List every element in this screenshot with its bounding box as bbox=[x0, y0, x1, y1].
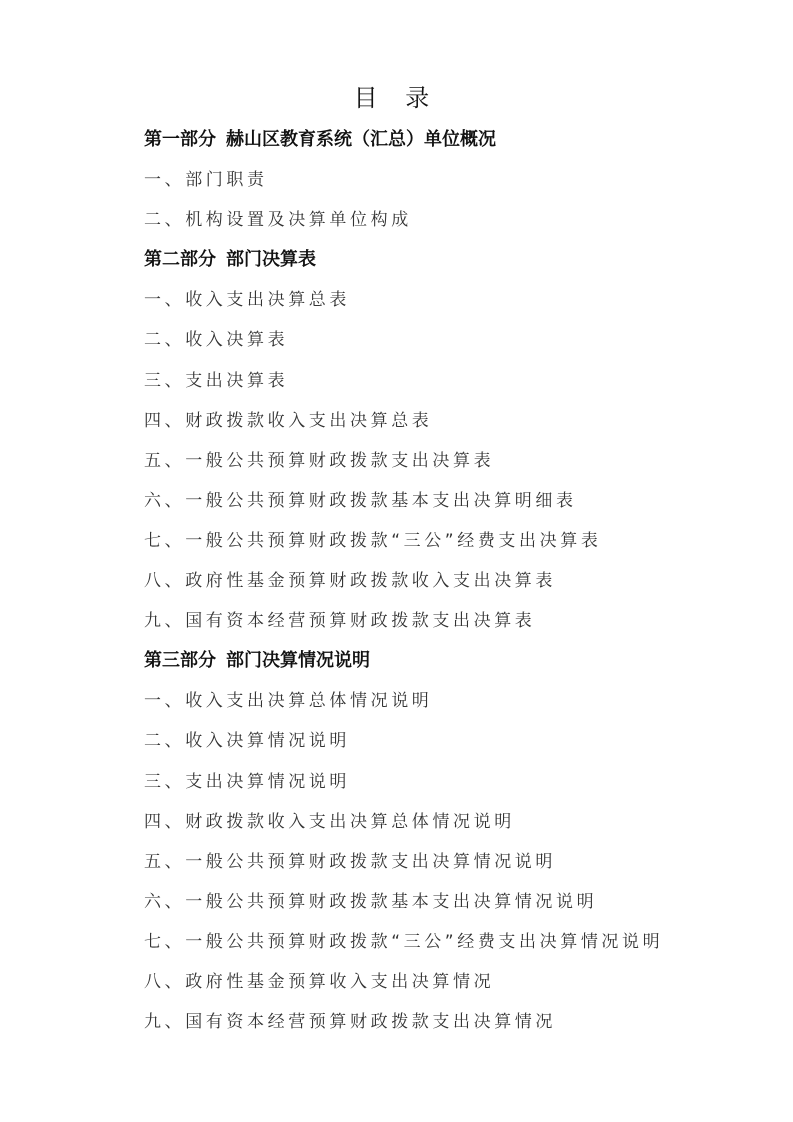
part-label: 第一部分 bbox=[144, 129, 216, 150]
part-1-heading[interactable]: 第一部分赫山区教育系统（汇总）单位概况 bbox=[144, 120, 663, 160]
part-3-heading[interactable]: 第三部分部门决算情况说明 bbox=[144, 641, 663, 681]
toc-entry[interactable]: 八、政府性基金预算财政拨款收入支出决算表 bbox=[144, 561, 663, 601]
toc-entry[interactable]: 一、收入支出决算总表 bbox=[144, 280, 663, 320]
part-label: 第三部分 bbox=[144, 650, 216, 671]
toc-entry[interactable]: 二、收入决算情况说明 bbox=[144, 721, 663, 761]
toc-entry[interactable]: 五、一般公共预算财政拨款支出决算表 bbox=[144, 441, 663, 481]
part-name: 部门决算表 bbox=[226, 249, 316, 270]
toc-entry[interactable]: 九、国有资本经营预算财政拨款支出决算表 bbox=[144, 601, 663, 641]
toc-entry[interactable]: 四、财政拨款收入支出决算总表 bbox=[144, 401, 663, 441]
toc-entry[interactable]: 一、收入支出决算总体情况说明 bbox=[144, 681, 663, 721]
toc-entry[interactable]: 一、部门职责 bbox=[144, 160, 663, 200]
toc-entry[interactable]: 九、国有资本经营预算财政拨款支出决算情况 bbox=[144, 1002, 663, 1042]
toc-entry[interactable]: 二、收入决算表 bbox=[144, 320, 663, 360]
table-of-contents: 第一部分赫山区教育系统（汇总）单位概况 一、部门职责 二、机构设置及决算单位构成… bbox=[144, 120, 663, 1042]
part-name: 赫山区教育系统（汇总）单位概况 bbox=[226, 129, 496, 150]
toc-entry[interactable]: 四、财政拨款收入支出决算总体情况说明 bbox=[144, 802, 663, 842]
part-2-heading[interactable]: 第二部分部门决算表 bbox=[144, 240, 663, 280]
toc-entry[interactable]: 六、一般公共预算财政拨款基本支出决算情况说明 bbox=[144, 882, 663, 922]
toc-entry[interactable]: 六、一般公共预算财政拨款基本支出决算明细表 bbox=[144, 481, 663, 521]
toc-entry[interactable]: 三、支出决算表 bbox=[144, 361, 663, 401]
toc-entry[interactable]: 七、一般公共预算财政拨款“三公”经费支出决算情况说明 bbox=[144, 922, 663, 962]
page-title: 目 录 bbox=[0, 78, 793, 113]
toc-entry[interactable]: 三、支出决算情况说明 bbox=[144, 762, 663, 802]
toc-entry[interactable]: 八、政府性基金预算收入支出决算情况 bbox=[144, 962, 663, 1002]
part-name: 部门决算情况说明 bbox=[226, 650, 370, 671]
toc-entry[interactable]: 二、机构设置及决算单位构成 bbox=[144, 200, 663, 240]
toc-entry[interactable]: 七、一般公共预算财政拨款“三公”经费支出决算表 bbox=[144, 521, 663, 561]
toc-entry[interactable]: 五、一般公共预算财政拨款支出决算情况说明 bbox=[144, 842, 663, 882]
part-label: 第二部分 bbox=[144, 249, 216, 270]
